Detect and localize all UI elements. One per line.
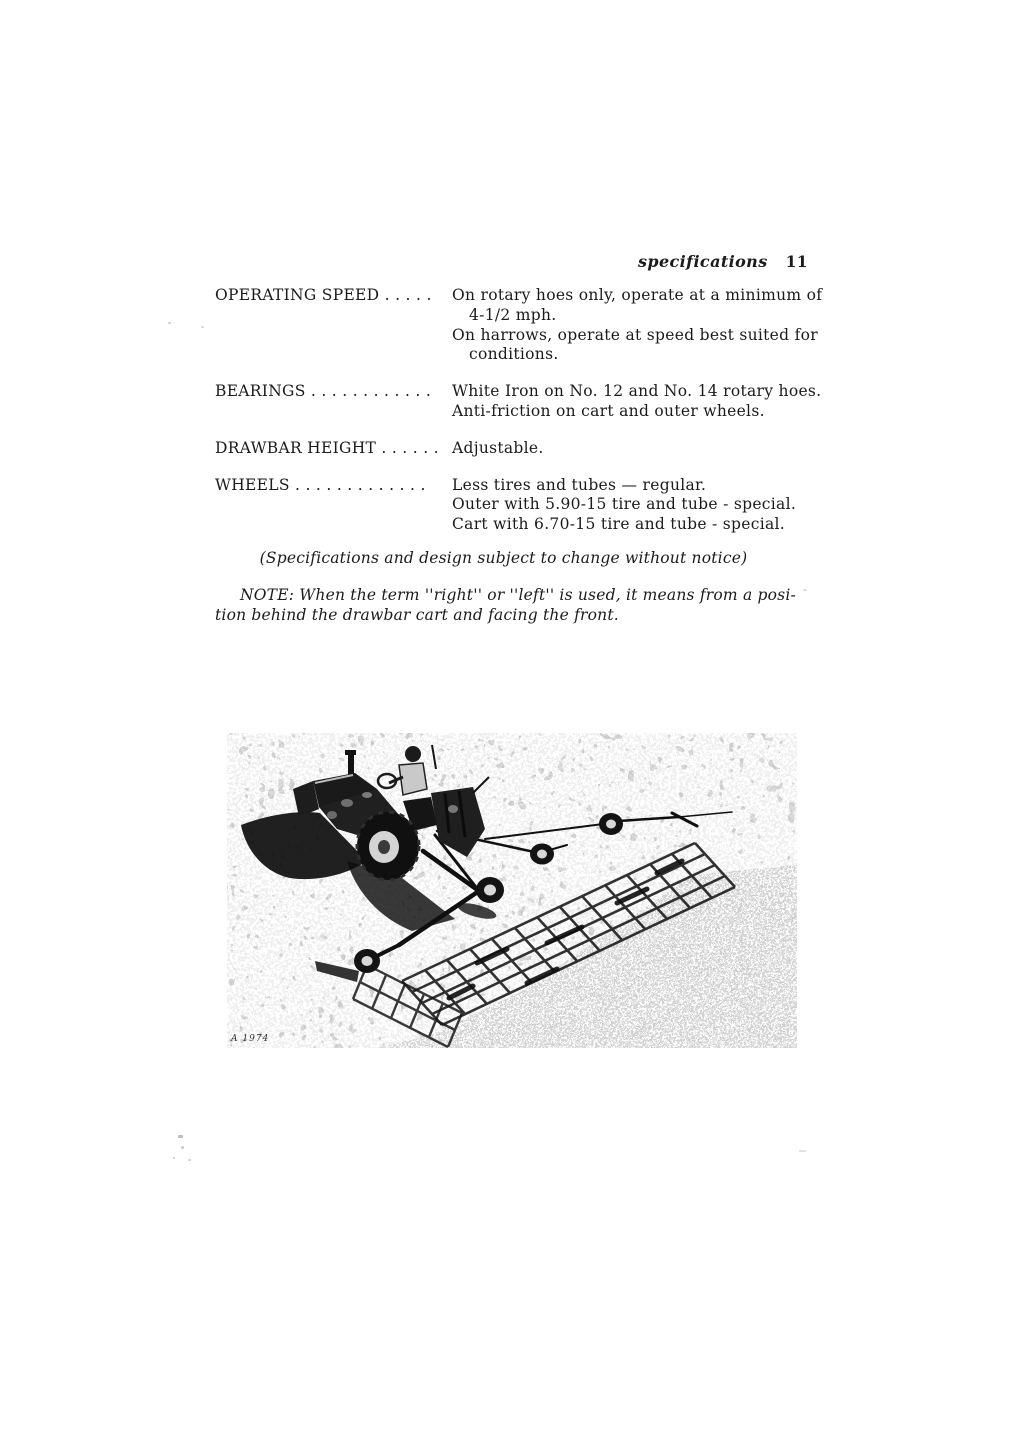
- spec-value-line: White Iron on No. 12 and No. 14 rotary h…: [452, 382, 821, 402]
- spec-value-line: conditions.: [452, 345, 822, 365]
- note-line: NOTE: When the term ''right'' or ''left'…: [215, 585, 820, 605]
- spec-value-line: Anti-friction on cart and outer wheels.: [452, 402, 821, 422]
- field-photo: [227, 733, 797, 1048]
- spec-label: WHEELS . . . . . . . . . . . . .: [215, 476, 452, 535]
- running-head: specifications11: [215, 252, 808, 271]
- scan-artifact: [173, 1157, 175, 1159]
- spec-value: White Iron on No. 12 and No. 14 rotary h…: [452, 382, 821, 422]
- spec-value-line: 4-1/2 mph.: [452, 306, 822, 326]
- specifications-table: OPERATING SPEED . . . . . On rotary hoes…: [215, 286, 815, 552]
- field-texture: [227, 733, 797, 1048]
- spec-label: BEARINGS . . . . . . . . . . . .: [215, 382, 452, 422]
- spec-value: Adjustable.: [452, 439, 815, 459]
- photo-caption: A 1974: [231, 1034, 269, 1044]
- spec-row-bearings: BEARINGS . . . . . . . . . . . . White I…: [215, 382, 815, 422]
- scan-artifact: [188, 1159, 191, 1161]
- section-title: specifications: [638, 252, 768, 271]
- scan-artifact: [201, 326, 204, 328]
- spec-row-drawbar-height: DRAWBAR HEIGHT . . . . . . Adjustable.: [215, 439, 815, 459]
- page-number: 11: [786, 252, 808, 271]
- spec-label: OPERATING SPEED . . . . .: [215, 286, 452, 365]
- spec-row-operating-speed: OPERATING SPEED . . . . . On rotary hoes…: [215, 286, 815, 365]
- spec-row-wheels: WHEELS . . . . . . . . . . . . . Less ti…: [215, 476, 815, 535]
- spec-value-line: Cart with 6.70-15 tire and tube - specia…: [452, 515, 815, 535]
- scan-artifact: [178, 1135, 183, 1138]
- spec-value: On rotary hoes only, operate at a minimu…: [452, 286, 822, 365]
- scan-artifact: [181, 1146, 184, 1149]
- scan-artifact: [799, 1150, 806, 1152]
- spec-value-line: On rotary hoes only, operate at a minimu…: [452, 286, 822, 306]
- spec-value-line: Adjustable.: [452, 439, 815, 459]
- spec-value-line: Less tires and tubes — regular.: [452, 476, 815, 496]
- scan-artifact: [168, 322, 171, 324]
- spec-value-line: On harrows, operate at speed best suited…: [452, 326, 822, 346]
- change-notice: (Specifications and design subject to ch…: [215, 549, 792, 567]
- spec-value: Less tires and tubes — regular. Outer wi…: [452, 476, 815, 535]
- spec-value-line: Outer with 5.90-15 tire and tube - speci…: [452, 495, 815, 515]
- note-line: tion behind the drawbar cart and facing …: [215, 605, 820, 625]
- note-paragraph: NOTE: When the term ''right'' or ''left'…: [215, 585, 820, 625]
- spec-label: DRAWBAR HEIGHT . . . . . .: [215, 439, 452, 459]
- manual-page: specifications11 OPERATING SPEED . . . .…: [0, 0, 1024, 1449]
- scan-artifact: [803, 589, 807, 591]
